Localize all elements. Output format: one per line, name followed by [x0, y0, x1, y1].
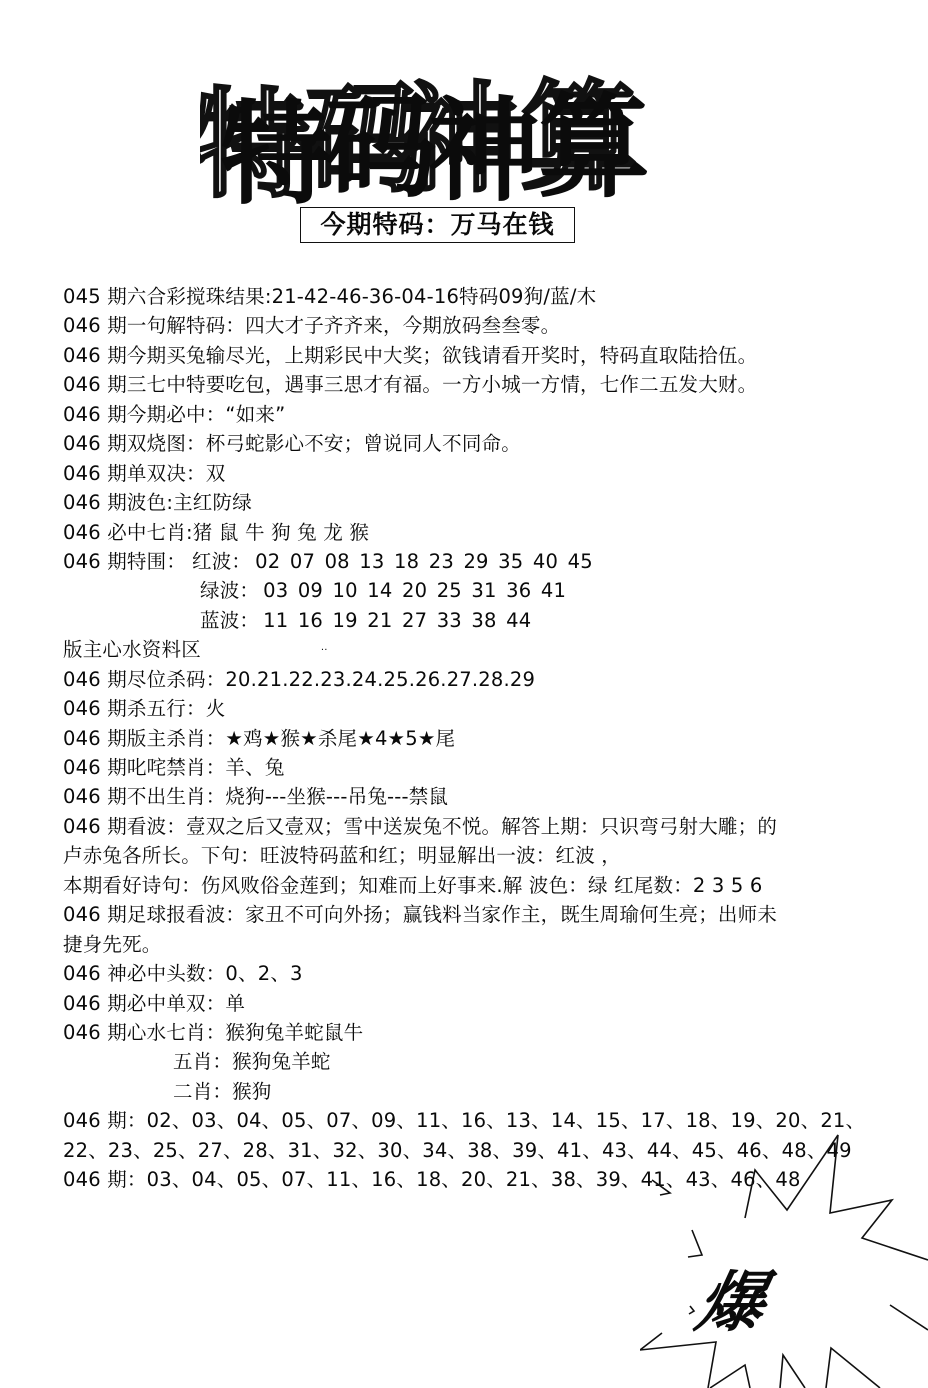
red-number: 35 [498, 547, 523, 576]
green-number: 25 [437, 576, 462, 605]
green-number: 36 [506, 576, 531, 605]
special-code-banner: 今期特码：万马在钱 [300, 207, 575, 243]
wave-color-line: 046 期波色:主红防绿 [63, 488, 903, 517]
section-heading-row: 版主心水资料区·· [63, 635, 903, 664]
football-line-1: 046 期足球报看波：家丑不可向外扬；赢钱料当家作主，既生周瑜何生亮；出师未 [63, 900, 903, 929]
football-line-2: 捷身先死。 [63, 930, 903, 959]
green-number: 14 [367, 576, 392, 605]
host-kill-line: 046 期版主杀肖：★鸡★猴★杀尾★4★5★尾 [63, 724, 903, 753]
green-number: 31 [471, 576, 496, 605]
kill-element-line: 046 期杀五行：火 [63, 694, 903, 723]
heart-seven-line: 046 期心水七肖：猴狗兔羊蛇鼠牛 [63, 1018, 903, 1047]
seven-zodiac-line: 046 必中七肖:猪 鼠 牛 狗 兔 龙 猴 [63, 518, 903, 547]
section-dots: ·· [321, 636, 328, 665]
green-wave-row: 绿波：030910142025313641 [63, 576, 903, 605]
title-char-3: 神 [428, 86, 540, 208]
green-number: 10 [333, 576, 358, 605]
odd-even-line: 046 期单双决：双 [63, 459, 903, 488]
red-number: 18 [394, 547, 419, 576]
poem-37-line: 046 期三七中特要吃包，遇事三思才有福。一方小城一方情，七作二五发大财。 [63, 370, 903, 399]
result-045-line: 045 期六合彩搅珠结果:21-42-46-36-04-16特码09狗/蓝/木 [63, 282, 903, 311]
red-number: 02 [255, 547, 280, 576]
title-char-1: 特 [220, 89, 332, 208]
blue-number: 27 [402, 606, 427, 635]
green-number: 03 [263, 576, 288, 605]
must-odd-even-line: 046 期必中单双：单 [63, 989, 903, 1018]
red-number: 45 [568, 547, 593, 576]
green-wave-label: 绿波： [200, 576, 259, 605]
must-hit-line: 046 期今期必中：“如来” [63, 400, 903, 429]
title-char-2: 码 [325, 82, 437, 208]
green-number: 41 [541, 576, 566, 605]
good-poem-line: 本期看好诗句：伤风败俗金莲到；知难而上好事来.解 波色：绿 红尾数：2 3 5 … [63, 871, 903, 900]
blue-wave-row: 蓝波：1116192127333844 [63, 606, 903, 635]
burst-label: 爆 [689, 1263, 781, 1341]
blue-number: 38 [471, 606, 496, 635]
poem-rabbit-line: 046 期今期买兔输尽光，上期彩民中大奖；欲钱请看开奖时，特码直取陆拾伍。 [63, 341, 903, 370]
red-number: 08 [325, 547, 350, 576]
head-numbers-line: 046 神必中头数：0、2、3 [63, 959, 903, 988]
heart-five-line: 五肖：猴狗兔羊蛇 [63, 1047, 903, 1076]
look-wave-line-2: 卢赤兔各所长。下句：旺波特码蓝和红；明显解出一波：红波 ， [63, 841, 903, 870]
red-number: 29 [463, 547, 488, 576]
red-number: 40 [533, 547, 558, 576]
red-number: 23 [429, 547, 454, 576]
prediction-content: 045 期六合彩搅珠结果:21-42-46-36-04-16特码09狗/蓝/木 … [63, 282, 903, 1195]
red-wave-row: 046 期特围：红波：02070813182329354045 [63, 547, 903, 576]
starburst-icon: 爆 [640, 1130, 928, 1388]
blue-number: 33 [437, 606, 462, 635]
blue-wave-label: 蓝波： [200, 606, 259, 635]
forbidden-zodiac-line: 046 期叱咤禁肖：羊、兔 [63, 753, 903, 782]
explosion-burst: 爆 [640, 1130, 928, 1388]
blue-number: 16 [298, 606, 323, 635]
look-wave-line-1: 046 期看波：壹双之后又壹双；雪中送炭兔不悦。解答上期：只识弯弓射大雕；的 [63, 812, 903, 841]
title-char-4: 算 [538, 82, 650, 208]
green-number: 09 [298, 576, 323, 605]
title-artwork: 特 码 神 算 特 码 神 算 [200, 68, 660, 208]
red-number: 07 [290, 547, 315, 576]
blue-number: 44 [506, 606, 531, 635]
one-sentence-line: 046 期一句解特码：四大才子齐齐来，今期放码叁叁零。 [63, 311, 903, 340]
kill-tail-line: 046 期尽位杀码：20.21.22.23.24.25.26.27.28.29 [63, 665, 903, 694]
calligraphy-title-icon: 特 码 神 算 特 码 神 算 [200, 68, 660, 208]
no-zodiac-line: 046 期不出生肖：烧狗---坐猴---吊兔---禁鼠 [63, 782, 903, 811]
section-heading: 版主心水资料区 [63, 638, 201, 661]
red-wave-label: 红波： [192, 547, 251, 576]
red-number: 13 [359, 547, 384, 576]
blue-number: 19 [333, 606, 358, 635]
heart-two-line: 二肖：猴狗 [63, 1077, 903, 1106]
green-number: 20 [402, 576, 427, 605]
blue-number: 11 [263, 606, 288, 635]
blue-number: 21 [367, 606, 392, 635]
special-range-label: 046 期特围： [63, 547, 186, 576]
double-burn-line: 046 期双烧图：杯弓蛇影心不安；曾说同人不同命。 [63, 429, 903, 458]
